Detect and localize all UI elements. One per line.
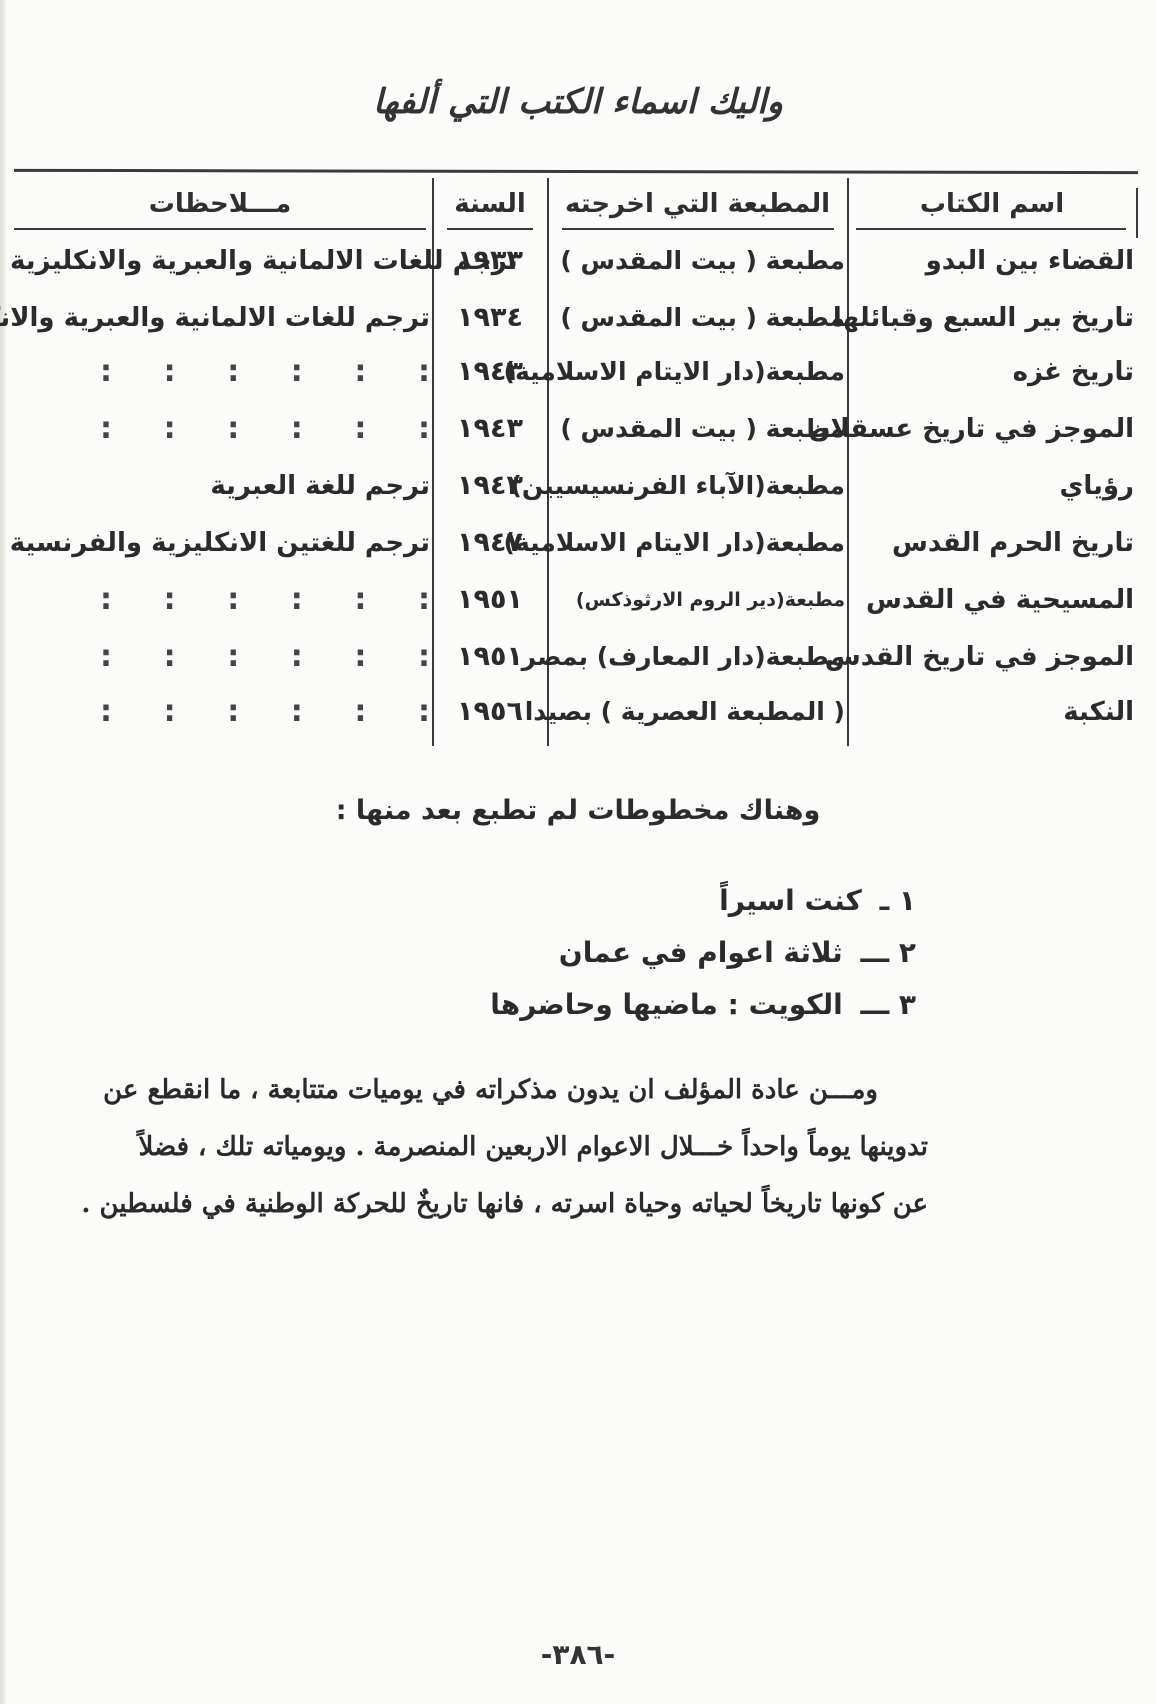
cell-book-name: تاريخ الحرم القدس [850, 514, 1140, 571]
list-item: ٢ ـــ ثلاثة اعوام في عمان [490, 927, 916, 979]
table-row: :::::: ١٩٤٣ مطبعة(دار الايتام الاسلامية)… [10, 343, 1140, 400]
ditto-marks: :::::: [100, 694, 430, 729]
list-item-title: كنت اسيراً [719, 884, 862, 917]
cell-notes-ditto: :::::: [10, 343, 430, 400]
table-top-rule [14, 169, 1138, 174]
cell-year: ١٩٣٣ [435, 232, 545, 289]
page-number: -٣٨٦- [0, 1638, 1156, 1671]
cell-book-name: النكبة [850, 683, 1140, 740]
paragraph-line: ومـــن عادة المؤلف ان يدون مذكراته في يو… [118, 1062, 928, 1119]
cell-book-name: القضاء بين البدو [850, 232, 1140, 289]
table-row: ترجم للغتين الانكليزية والفرنسية ١٩٤٧ مط… [10, 514, 1140, 571]
ditto-marks: :::::: [100, 582, 430, 617]
list-item: ١ ـ كنت اسيراً [490, 875, 916, 927]
list-item-number: ٣ ـــ [860, 988, 916, 1021]
header-notes: مـــلاحظات [10, 178, 430, 230]
cell-press: مطبعة ( بيت المقدس ) [560, 289, 845, 346]
table-row: ترجم للغات الالمانية والعبرية والانكليزي… [10, 289, 1140, 346]
cell-notes-ditto: :::::: [10, 628, 430, 685]
table-row: :::::: ١٩٤٣ مطبعة ( بيت المقدس ) الموجز … [10, 400, 1140, 457]
header-underline [562, 228, 834, 230]
cell-notes: ترجم للغة العبرية [10, 457, 430, 514]
cell-press: مطبعة(دار الايتام الاسلامية) [555, 514, 845, 571]
manuscripts-list: ١ ـ كنت اسيراً ٢ ـــ ثلاثة اعوام في عمان… [490, 875, 916, 1031]
cell-notes-ditto: :::::: [10, 400, 430, 457]
page-edge [0, 0, 6, 1704]
cell-book-name: المسيحية في القدس [850, 571, 1140, 628]
header-year: السنة [435, 178, 545, 230]
ditto-marks: :::::: [100, 639, 430, 674]
cell-book-name: الموجز في تاريخ القدس [850, 628, 1140, 685]
ditto-marks: :::::: [100, 411, 430, 446]
list-item-number: ٢ ـــ [860, 936, 916, 969]
header-book-name: اسم الكتاب [850, 178, 1134, 230]
table-row: ترجم للغات الالمانية والعبرية والانكليزي… [10, 232, 1140, 289]
cell-notes: ترجم للغتين الانكليزية والفرنسية [10, 514, 430, 571]
header-press-label: المطبعة التي اخرجته [565, 189, 830, 219]
cell-notes: ترجم للغات الالمانية والعبرية والانكليزي… [10, 289, 430, 346]
header-underline [447, 228, 533, 230]
cell-press: مطبعة ( بيت المقدس ) [560, 232, 845, 289]
list-item-number: ١ ـ [880, 884, 916, 917]
table-row: :::::: ١٩٥١ مطبعة(دير الروم الارثوذكس) ا… [10, 571, 1140, 628]
cell-notes: ترجم للغات الالمانية والعبرية والانكليزي… [10, 232, 430, 289]
cell-notes-ditto: :::::: [10, 683, 430, 740]
paragraph-line: تدوينها يوماً واحداً خـــلال الاعوام الا… [118, 1119, 928, 1176]
cell-press: مطبعة ( بيت المقدس ) [560, 400, 845, 457]
header-underline [856, 228, 1126, 230]
table-row: :::::: ١٩٥٦ ( المطبعة العصرية ) بصيدا ال… [10, 683, 1140, 740]
page-title: واليك اسماء الكتب التي ألفها [0, 82, 1156, 122]
cell-year: ١٩٥١ [435, 571, 545, 628]
cell-book-name: تاريخ غزه [850, 343, 1140, 400]
header-underline [14, 228, 426, 230]
cell-press: مطبعة(دير الروم الارثوذكس) [568, 571, 845, 628]
diaries-paragraph: ومـــن عادة المؤلف ان يدون مذكراته في يو… [118, 1062, 928, 1233]
table-row: :::::: ١٩٥١ مطبعة(دار المعارف) بمصر المو… [10, 628, 1140, 685]
cell-press: مطبعة(الآباء الفرنسيسيين) [555, 457, 845, 514]
header-press: المطبعة التي اخرجته [550, 178, 845, 230]
cell-book-name: رؤياي [850, 457, 1140, 514]
cell-year: ١٩٤٣ [435, 400, 545, 457]
cell-book-name: تاريخ بير السبع وقبائلها [850, 289, 1140, 346]
list-item-title: ثلاثة اعوام في عمان [559, 936, 843, 969]
manuscripts-heading: وهناك مخطوطات لم تطبع بعد منها : [0, 795, 1156, 826]
cell-press: مطبعة(دار المعارف) بمصر [558, 628, 845, 685]
ditto-marks: :::::: [100, 354, 430, 389]
table-row: ترجم للغة العبرية ١٩٤٣ مطبعة(الآباء الفر… [10, 457, 1140, 514]
list-item-title: الكويت : ماضيها وحاضرها [490, 988, 842, 1021]
cell-book-name: الموجز في تاريخ عسقلان [850, 400, 1140, 457]
header-year-label: السنة [454, 189, 526, 219]
cell-press: مطبعة(دار الايتام الاسلامية) [555, 343, 845, 400]
cell-year: ١٩٣٤ [435, 289, 545, 346]
table-header-row: مـــلاحظات السنة المطبعة التي اخرجته اسم… [10, 178, 1140, 230]
cell-notes-ditto: :::::: [10, 571, 430, 628]
paragraph-line: عن كونها تاريخاً لحياته وحياة اسرته ، فا… [118, 1176, 928, 1233]
header-notes-label: مـــلاحظات [149, 189, 291, 219]
cell-press: ( المطبعة العصرية ) بصيدا [566, 683, 845, 740]
list-item: ٣ ـــ الكويت : ماضيها وحاضرها [490, 979, 916, 1031]
header-book-name-label: اسم الكتاب [920, 189, 1064, 219]
